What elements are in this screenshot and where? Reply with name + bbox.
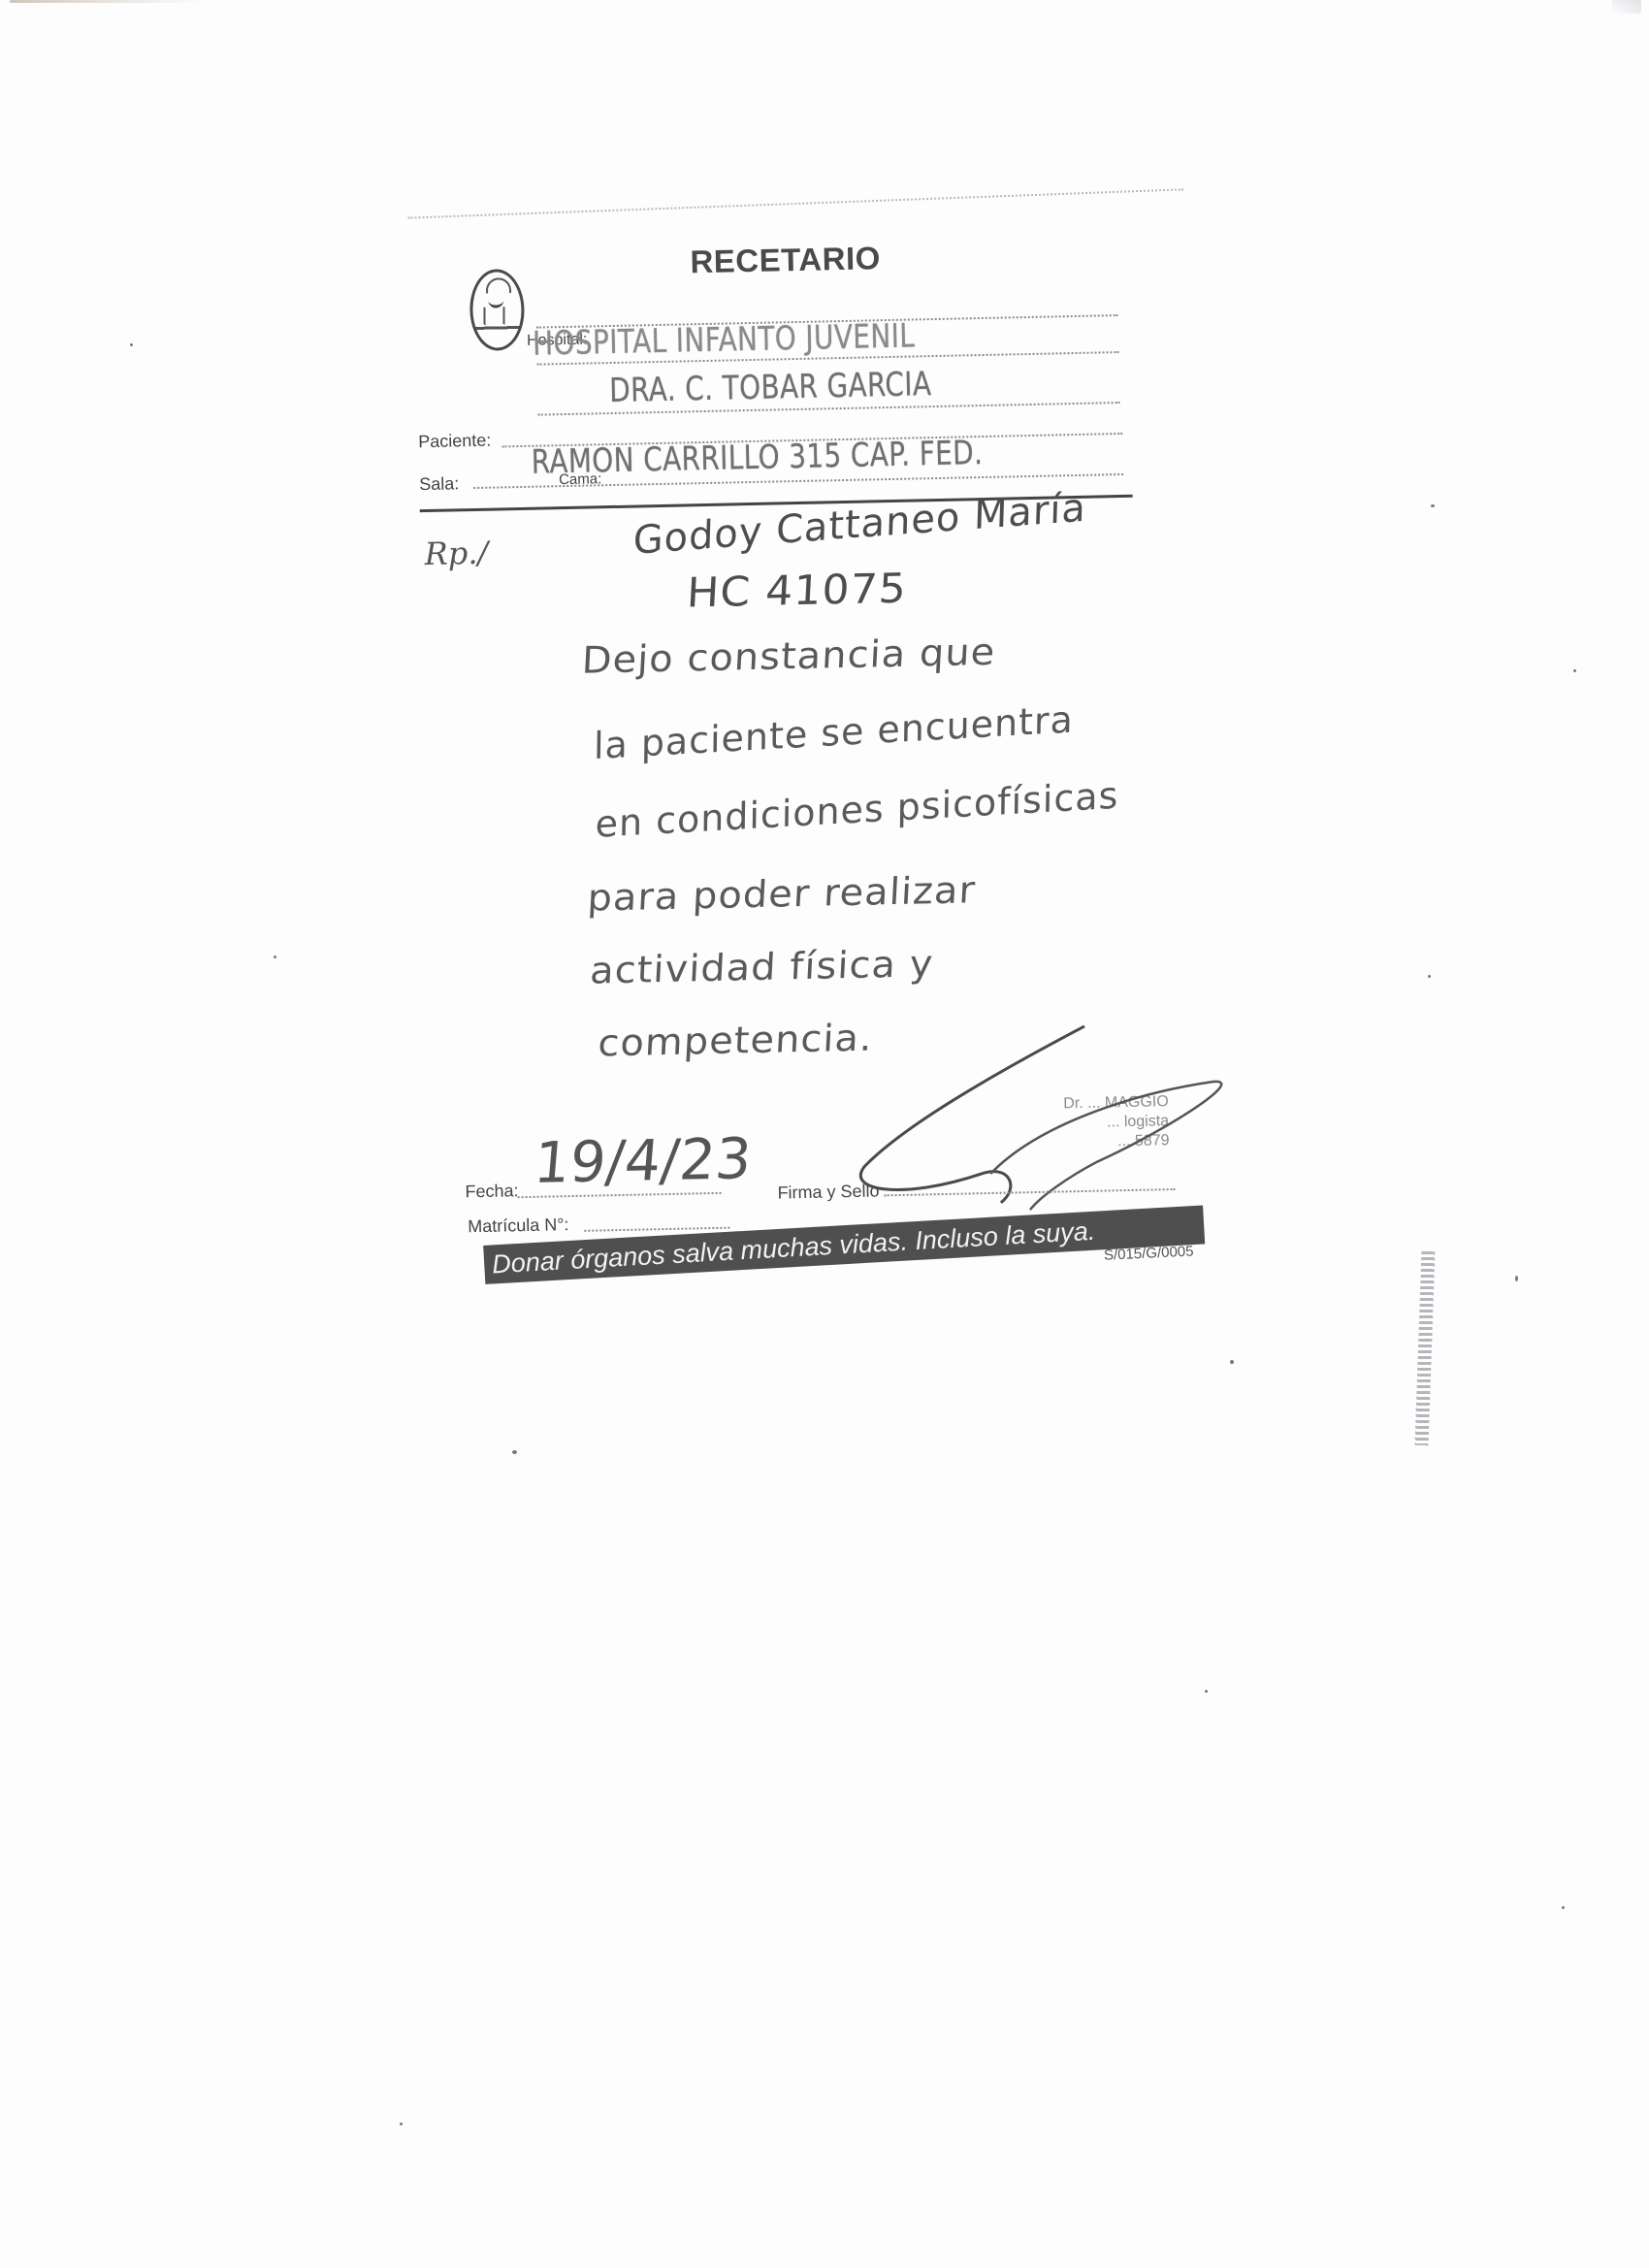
form-code: S/015/G/0005	[1104, 1243, 1194, 1263]
hospital-stamp-line2: DRA. C. TOBAR GARCIA	[609, 365, 932, 410]
scan-speck	[512, 1450, 517, 1454]
organ-donation-banner: Donar órganos salva muchas vidas. Inclus…	[483, 1205, 1205, 1283]
scan-edge-artifact	[10, 0, 204, 3]
sala-label: Sala:	[419, 473, 459, 495]
handwritten-line-3: en condiciones psicofísicas	[595, 774, 1118, 846]
scan-speck	[274, 956, 276, 958]
matricula-dotline	[584, 1227, 729, 1232]
matricula-label: Matrícula N°:	[468, 1215, 569, 1237]
handwritten-line-4: para poder realizar	[586, 868, 977, 919]
scan-speck	[1431, 504, 1435, 507]
handwritten-patient-id: HC 41075	[686, 565, 908, 617]
coat-of-arms-icon	[469, 269, 526, 351]
prescription-form: RECETARIO Hospital: HOSPITAL INFANTO JUV…	[407, 183, 1284, 1316]
scan-speck	[1428, 975, 1431, 978]
scan-speck	[130, 343, 133, 346]
signature	[842, 1013, 1253, 1215]
scan-speck	[400, 2122, 403, 2125]
handwritten-line-6: competencia.	[597, 1016, 874, 1064]
hospital-stamp-line3: RAMON CARRILLO 315 CAP. FED.	[531, 434, 983, 482]
handwritten-line-5: actividad física y	[589, 942, 934, 991]
handwritten-date: 19/4/23	[532, 1125, 754, 1196]
scan-speck	[1515, 1276, 1518, 1281]
paciente-label: Paciente:	[418, 431, 491, 453]
scan-speck	[1573, 669, 1576, 672]
fecha-label: Fecha:	[465, 1181, 518, 1202]
scan-speck	[1230, 1360, 1234, 1364]
handwritten-patient-name: Godoy Cattaneo María	[632, 485, 1086, 564]
handwritten-line-1: Dejo constancia que	[581, 631, 997, 682]
firma-label: Firma y Sello	[777, 1181, 879, 1203]
scan-corner-artifact	[1612, 0, 1641, 14]
hospital-stamp-line1: HOSPITAL INFANTO JUVENIL	[533, 316, 916, 363]
tear-line	[407, 188, 1183, 218]
form-title: RECETARIO	[690, 240, 881, 280]
scan-speck	[1562, 1906, 1565, 1909]
handwritten-line-2: la paciente se encuentra	[594, 697, 1074, 767]
scan-edge-streak	[1415, 1251, 1436, 1445]
rp-label: Rp./	[424, 535, 488, 572]
scan-speck	[1205, 1690, 1208, 1693]
